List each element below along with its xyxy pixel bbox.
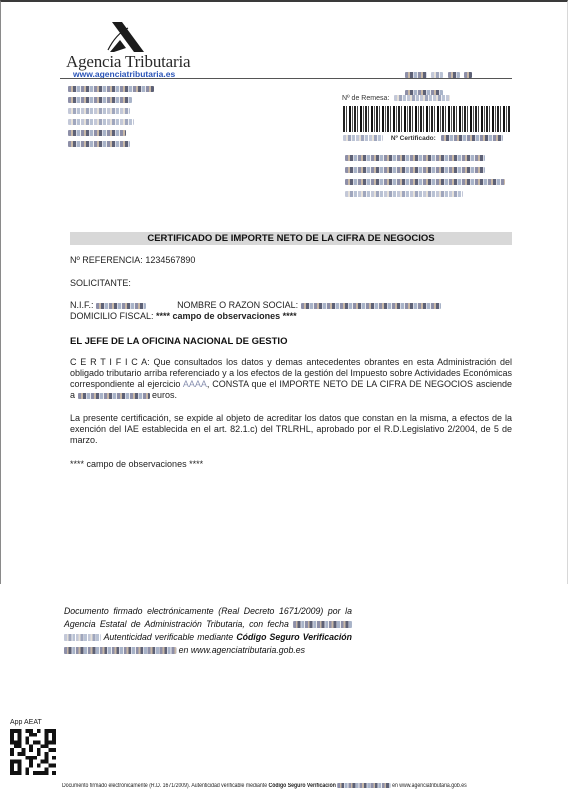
redacted-text [345,155,485,161]
sender-address [68,86,178,152]
presente-paragraph: La presente certificación, se expide al … [70,413,512,446]
footer-csv-redacted [337,783,390,788]
qr-code-icon[interactable] [10,729,56,775]
signature-text-2: Autenticidad verificable mediante [104,632,234,643]
signature-text-3[interactable]: en www.agenciatributaria.gob.es [179,645,305,656]
redacted-text [405,72,427,78]
importe-value-redacted [78,393,150,399]
redacted-text [448,72,460,78]
nif-label: N.I.F.: [70,300,94,310]
remesa-value-redacted [394,95,450,101]
referencia-row: Nº REFERENCIA: 1234567890 [70,255,195,265]
signature-csv-redacted [64,647,176,654]
razon-social-value-redacted [301,303,441,309]
domicilio-row: DOMICILIO FISCAL: **** campo de observac… [70,311,297,321]
certificado-row: Nº Certificado: [343,135,503,142]
document-title: CERTIFICADO DE IMPORTE NETO DE LA CIFRA … [70,232,512,245]
signature-csv-label: Código Seguro Verificación [236,632,352,643]
nif-value-redacted [96,303,146,309]
barcode [343,106,511,132]
header-right-caption-redacted [405,66,513,74]
redacted-text [68,97,132,103]
redacted-text [68,108,130,114]
agencia-tributaria-logo: Agencia Tributaria www.agenciatributaria… [66,22,196,78]
footer-text-2[interactable]: en www.agenciatributaria.gob.es [392,783,467,789]
redacted-text [68,119,134,125]
solicitante-label: SOLICITANTE: [70,278,131,288]
referencia-value: 1234567890 [145,255,195,265]
certifica-paragraph: C E R T I F I C A: Que consultados los d… [70,357,512,401]
remesa-label: Nº de Remesa: [342,95,389,102]
logo-mark-icon [106,22,146,54]
redacted-text [345,179,505,185]
certificado-value-redacted [441,135,503,141]
razon-social-label: NOMBRE O RAZON SOCIAL: [177,300,298,310]
footer-csv-label: Código Seguro Verificación [269,783,336,789]
signature-date-redacted [293,621,352,628]
recipient-address [345,155,510,203]
redacted-text [68,130,126,136]
app-aeat-label: App AEAT [10,719,42,726]
signature-block: Documento firmado electrónicamente (Real… [64,605,352,657]
redacted-text [345,167,485,173]
redacted-text [68,86,154,92]
certificado-label: Nº Certificado: [391,135,436,142]
domicilio-value: **** campo de observaciones **** [156,311,297,321]
ejercicio-value: AAAA [183,379,207,389]
referencia-label: Nº REFERENCIA: [70,255,143,265]
redacted-text [464,72,472,78]
redacted-text [431,72,443,78]
redacted-text [345,191,463,197]
remesa-row: Nº de Remesa: [342,95,450,102]
redacted-text [68,141,130,147]
footer-line: Documento firmado electrónicamente (R.D.… [62,783,467,789]
certifica-text-3: euros. [152,390,177,400]
observaciones: **** campo de observaciones **** [70,459,203,469]
nif-row: N.I.F.: NOMBRE O RAZON SOCIAL: [70,300,441,310]
signature-date-redacted [64,634,101,641]
footer-text-1: Documento firmado electrónicamente (R.D.… [62,783,267,789]
jefe-heading: EL JEFE DE LA OFICINA NACIONAL DE GESTIO [70,336,287,347]
barcode-code-redacted [343,135,383,141]
domicilio-label: DOMICILIO FISCAL: [70,311,154,321]
certifica-lead: C E R T I F I C A: [70,357,150,367]
